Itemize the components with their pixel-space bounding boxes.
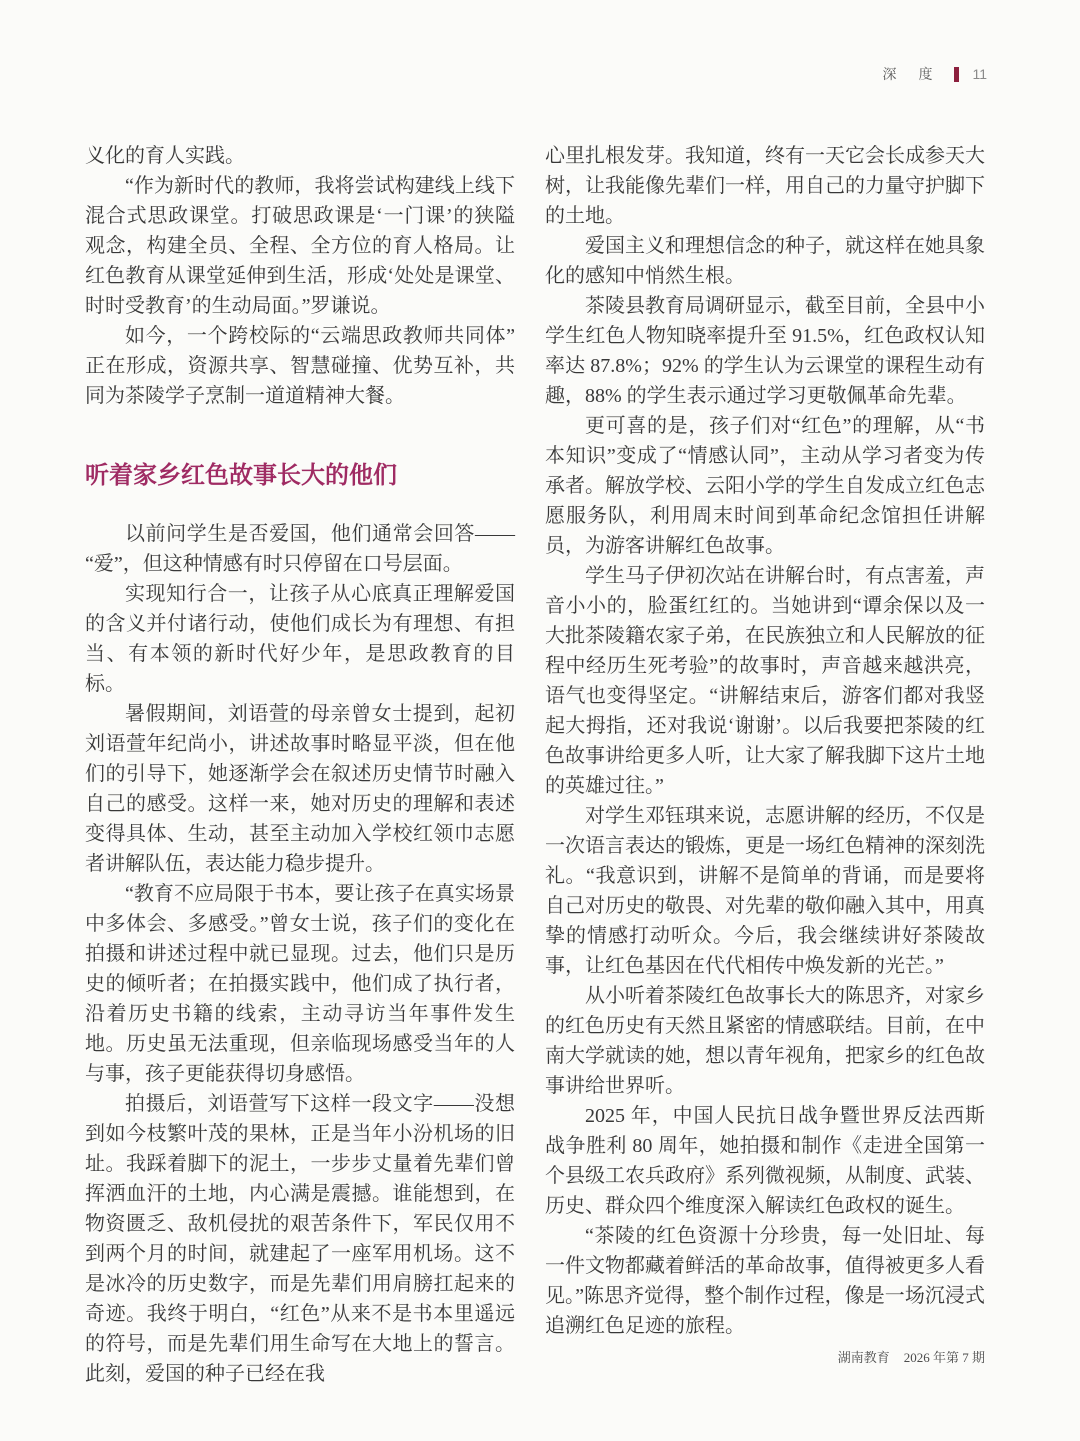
section-label: 深度 xyxy=(882,64,954,84)
paragraph: “茶陵的红色资源十分珍贵，每一处旧址、每一件文物都藏着鲜活的革命故事，值得被更多… xyxy=(545,1221,985,1341)
paragraph: 学生马子伊初次站在讲解台时，有点害羞，声音小小的，脸蛋红红的。当她讲到“谭余保以… xyxy=(545,561,985,801)
paragraph: 暑假期间，刘语萱的母亲曾女士提到，起初刘语萱年纪尚小，讲述故事时略显平淡，但在他… xyxy=(85,699,515,879)
paragraph: 更可喜的是，孩子们对“红色”的理解，从“书本知识”变成了“情感认同”，主动从学习… xyxy=(545,411,985,561)
magazine-page: 深度 11 义化的育人实践。 “作为新时代的教师，我将尝试构建线上线下混合式思政… xyxy=(0,0,1080,1441)
paragraph: “作为新时代的教师，我将尝试构建线上线下混合式思政课堂。打破思政课是‘一门课’的… xyxy=(85,171,515,321)
page-footer: 湖南教育2026 年第 7 期 xyxy=(838,1347,985,1366)
issue-info: 2026 年第 7 期 xyxy=(904,1350,985,1365)
paragraph: 对学生邓钰琪来说，志愿讲解的经历，不仅是一次语言表达的锻炼，更是一场红色精神的深… xyxy=(545,801,985,981)
paragraph: 以前问学生是否爱国，他们通常会回答——“爱”，但这种情感有时只停留在口号层面。 xyxy=(85,519,515,579)
paragraph: 拍摄后，刘语萱写下这样一段文字——没想到如今枝繁叶茂的果林，正是当年小汾机场的旧… xyxy=(85,1089,515,1389)
paragraph: 茶陵县教育局调研显示，截至目前，全县中小学生红色人物知晓率提升至 91.5%，红… xyxy=(545,291,985,411)
article-right-column: 心里扎根发芽。我知道，终有一天它会长成参天大树，让我能像先辈们一样，用自己的力量… xyxy=(545,141,985,1341)
paragraph: 爱国主义和理想信念的种子，就这样在她具象化的感知中悄然生根。 xyxy=(545,231,985,291)
paragraph: 义化的育人实践。 xyxy=(85,141,515,171)
paragraph: 从小听着茶陵红色故事长大的陈思齐，对家乡的红色历史有天然且紧密的情感联结。目前，… xyxy=(545,981,985,1101)
page-header: 深度 11 xyxy=(882,64,987,84)
paragraph: “教育不应局限于书本，要让孩子在真实场景中多体会、多感受。”曾女士说，孩子们的变… xyxy=(85,879,515,1089)
section-heading: 听着家乡红色故事长大的他们 xyxy=(85,460,515,492)
header-divider-bar xyxy=(954,67,959,82)
journal-name: 湖南教育 xyxy=(838,1350,890,1365)
article-left-column: 义化的育人实践。 “作为新时代的教师，我将尝试构建线上线下混合式思政课堂。打破思… xyxy=(85,141,515,1389)
paragraph: 心里扎根发芽。我知道，终有一天它会长成参天大树，让我能像先辈们一样，用自己的力量… xyxy=(545,141,985,231)
paragraph: 如今，一个跨校际的“云端思政教师共同体”正在形成，资源共享、智慧碰撞、优势互补，… xyxy=(85,321,515,411)
page-number: 11 xyxy=(972,66,987,82)
paragraph: 实现知行合一，让孩子从心底真正理解爱国的含义并付诸行动，使他们成长为有理想、有担… xyxy=(85,579,515,699)
paragraph: 2025 年，中国人民抗日战争暨世界反法西斯战争胜利 80 周年，她拍摄和制作《… xyxy=(545,1101,985,1221)
